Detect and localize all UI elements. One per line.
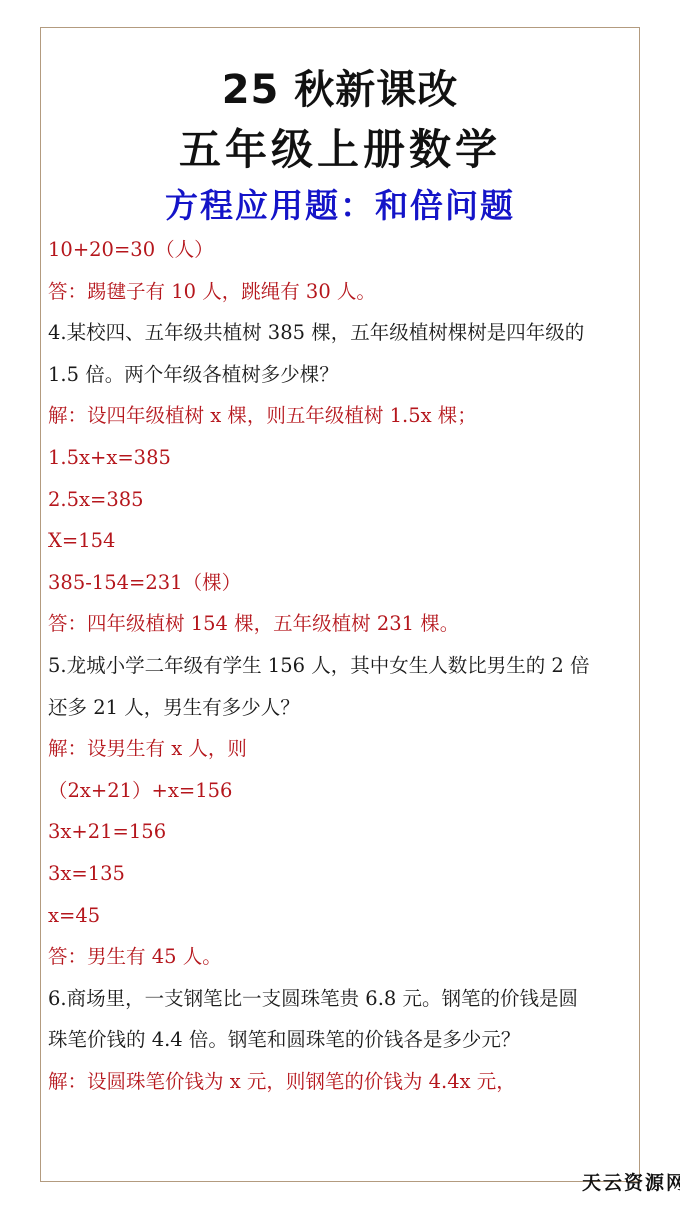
answer-line: 解：设男生有 x 人，则	[48, 731, 638, 773]
answer-line: 385-154=231（棵）	[48, 565, 638, 607]
answer-line: x=45	[48, 898, 638, 940]
subtitle: 方程应用题：和倍问题	[0, 183, 680, 229]
answer-line: 3x+21=156	[48, 814, 638, 856]
answer-line: 3x=135	[48, 856, 638, 898]
question-line: 6.商场里，一支钢笔比一支圆珠笔贵 6.8 元。钢笔的价钱是圆	[48, 981, 638, 1023]
answer-line: （2x+21）+x=156	[48, 773, 638, 815]
answer-line: 解：设四年级植树 x 棵，则五年级植树 1.5x 棵；	[48, 398, 638, 440]
question-line: 珠笔价钱的 4.4 倍。钢笔和圆珠笔的价钱各是多少元？	[48, 1022, 638, 1064]
answer-line: 答：男生有 45 人。	[48, 939, 638, 981]
answer-line: 答：踢毽子有 10 人，跳绳有 30 人。	[48, 274, 638, 316]
answer-line: 答：四年级植树 154 棵，五年级植树 231 棵。	[48, 606, 638, 648]
answer-line: 解：设圆珠笔价钱为 x 元，则钢笔的价钱为 4.4x 元，	[48, 1064, 638, 1106]
answer-line: 2.5x=385	[48, 482, 638, 524]
question-line: 4.某校四、五年级共植树 385 棵，五年级植树棵树是四年级的	[48, 315, 638, 357]
title-line-1: 25 秋新课改	[0, 62, 680, 118]
question-line: 5.龙城小学二年级有学生 156 人，其中女生人数比男生的 2 倍	[48, 648, 638, 690]
answer-line: 1.5x+x=385	[48, 440, 638, 482]
answer-line: 10+20=30（人）	[48, 232, 638, 274]
watermark: 天云资源网	[582, 1168, 680, 1195]
answer-line: X=154	[48, 523, 638, 565]
question-line: 还多 21 人，男生有多少人？	[48, 690, 638, 732]
title-line-2: 五年级上册数学	[0, 120, 680, 180]
question-line: 1.5 倍。两个年级各植树多少棵？	[48, 357, 638, 399]
content-lines: 10+20=30（人） 答：踢毽子有 10 人，跳绳有 30 人。 4.某校四、…	[48, 232, 638, 1105]
